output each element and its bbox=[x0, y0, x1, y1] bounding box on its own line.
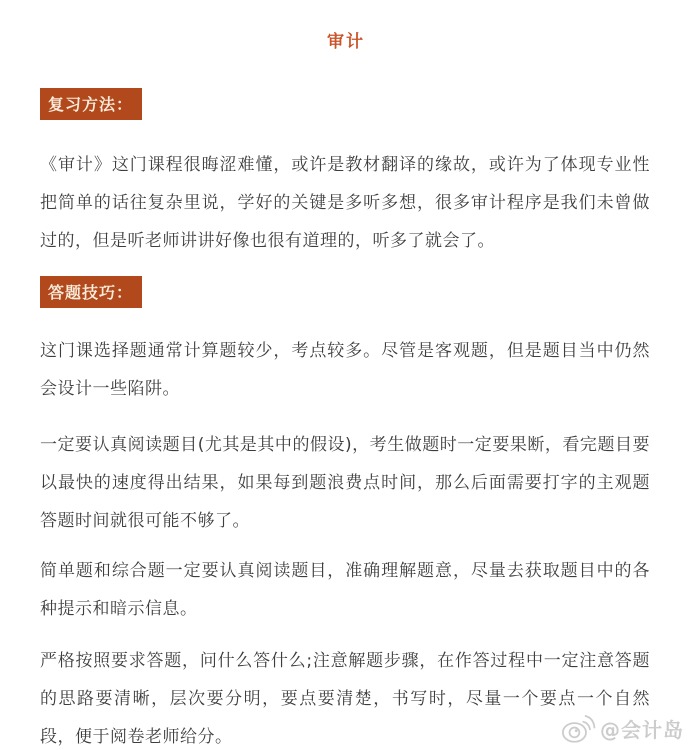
page-title: 审计 bbox=[0, 0, 692, 52]
section-header-answer-tips: 答题技巧： bbox=[40, 276, 142, 308]
paragraph-answer-tips-1: 这门课选择题通常计算题较少，考点较多。尽管是客观题，但是题目当中仍然会设计一些陷… bbox=[40, 332, 650, 408]
section-header-review-method: 复习方法： bbox=[40, 88, 142, 120]
section-header-row-answer: 答题技巧： bbox=[40, 276, 692, 308]
section-header-row-review: 复习方法： bbox=[40, 88, 692, 120]
paragraph-review-method: 《审计》这门课程很晦涩难懂，或许是教材翻译的缘故，或许为了体现专业性把简单的话往… bbox=[40, 146, 650, 260]
watermark-text: @会计岛 bbox=[600, 714, 684, 743]
paragraph-answer-tips-3: 简单题和综合题一定要认真阅读题目，准确理解题意，尽量去获取题目中的各种提示和暗示… bbox=[40, 552, 650, 628]
paragraph-answer-tips-2: 一定要认真阅读题目(尤其是其中的假设)，考生做题时一定要果断，看完题目要以最快的… bbox=[40, 426, 650, 540]
document-page: 审计 复习方法： 《审计》这门课程很晦涩难懂，或许是教材翻译的缘故，或许为了体现… bbox=[0, 0, 692, 750]
watermark: @会计岛 bbox=[560, 712, 684, 744]
paragraph-answer-tips-4: 严格按照要求答题，问什么答什么;注意解题步骤，在作答过程中一定注意答题的思路要清… bbox=[40, 642, 650, 750]
weibo-logo-icon bbox=[560, 712, 596, 744]
